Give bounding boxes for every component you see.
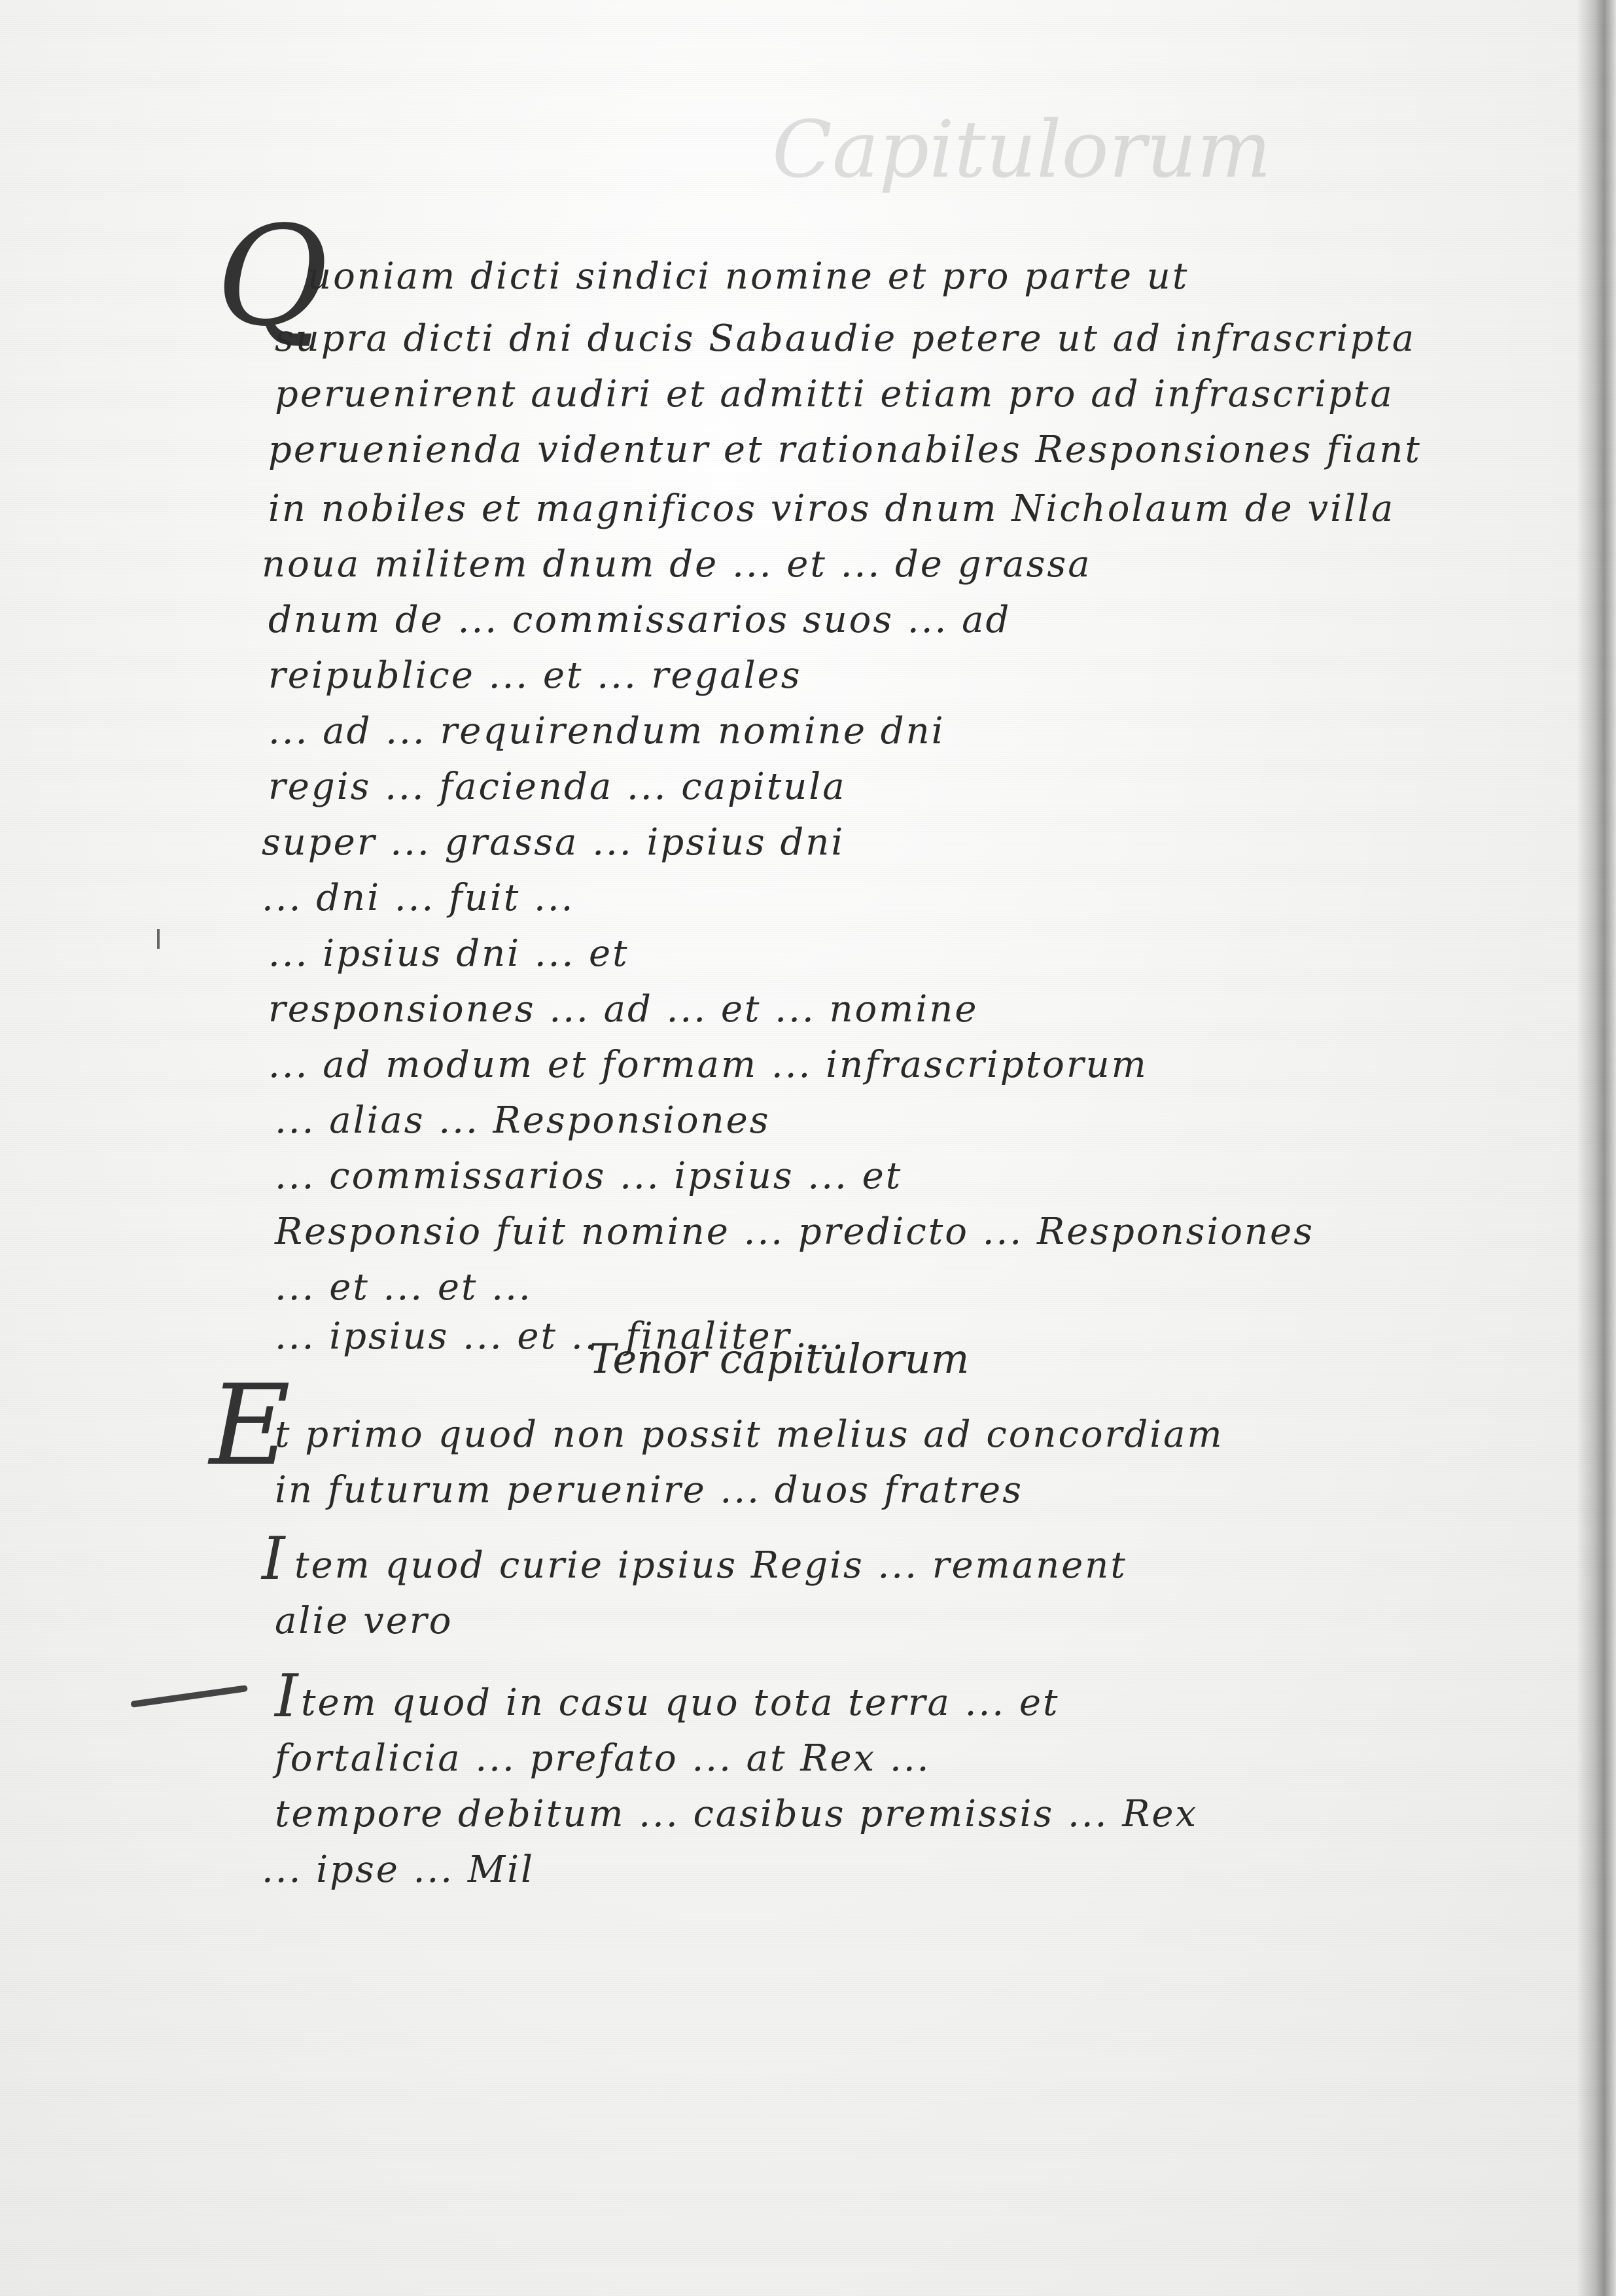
text-line: supra dicti dni ducis Sabaudie petere ut… <box>275 317 1416 360</box>
text-line: dnum de ... commissarios suos ... ad <box>268 599 1011 641</box>
text-line: tem quod curie ipsius Regis ... remanent <box>294 1544 1127 1587</box>
text-line: uoniam dicti sindici nomine et pro parte… <box>307 255 1189 298</box>
text-line: noua militem dnum de ... et ... de grass… <box>262 543 1092 586</box>
text-line: regis ... facienda ... capitula <box>268 766 847 808</box>
manuscript-page: Capitulorum Q uoniam dicti sindici nomin… <box>0 0 1616 2296</box>
text-line: ... ipsius dni ... et <box>268 932 629 975</box>
chapter-initial: I <box>275 1662 298 1731</box>
text-line: in futurum peruenire ... duos fratres <box>275 1469 1023 1511</box>
margin-pen-stroke <box>130 1685 248 1708</box>
text-line: super ... grassa ... ipsius dni <box>262 821 845 864</box>
bleed-through-text: Capitulorum <box>772 105 1271 196</box>
text-line: in nobiles et magnificos viros dnum Nich… <box>268 487 1395 530</box>
section-heading: Tenor capitulorum <box>589 1335 969 1383</box>
text-line: Responsio fuit nomine ... predicto ... R… <box>275 1210 1314 1253</box>
text-line: tem quod in casu quo tota terra ... et <box>301 1682 1060 1724</box>
text-line: ... alias ... Responsiones <box>275 1099 771 1142</box>
margin-mark <box>157 929 160 949</box>
page-binding-shadow <box>1577 0 1616 2296</box>
text-line: ... commissarios ... ipsius ... et <box>275 1155 902 1197</box>
text-line: ... dni ... fuit ... <box>262 877 574 919</box>
text-line: reipublice ... et ... regales <box>268 654 802 697</box>
text-line: fortalicia ... prefato ... at Rex ... <box>275 1737 930 1780</box>
text-line: ... et ... et ... <box>275 1266 533 1309</box>
text-line: tempore debitum ... casibus premissis ..… <box>275 1793 1198 1835</box>
chapter-initial: I <box>262 1525 285 1593</box>
text-line: ... ad modum et formam ... infrascriptor… <box>268 1044 1148 1086</box>
text-line: responsiones ... ad ... et ... nomine <box>268 988 978 1031</box>
text-line: ... ad ... requirendum nomine dni <box>268 710 945 752</box>
text-line: peruenirent audiri et admitti etiam pro … <box>275 373 1394 415</box>
text-line: alie vero <box>275 1600 453 1642</box>
text-line: peruenienda videntur et rationabiles Res… <box>268 429 1422 471</box>
text-line: ... ipse ... Mil <box>262 1848 535 1891</box>
text-line: t primo quod non possit melius ad concor… <box>275 1413 1224 1456</box>
